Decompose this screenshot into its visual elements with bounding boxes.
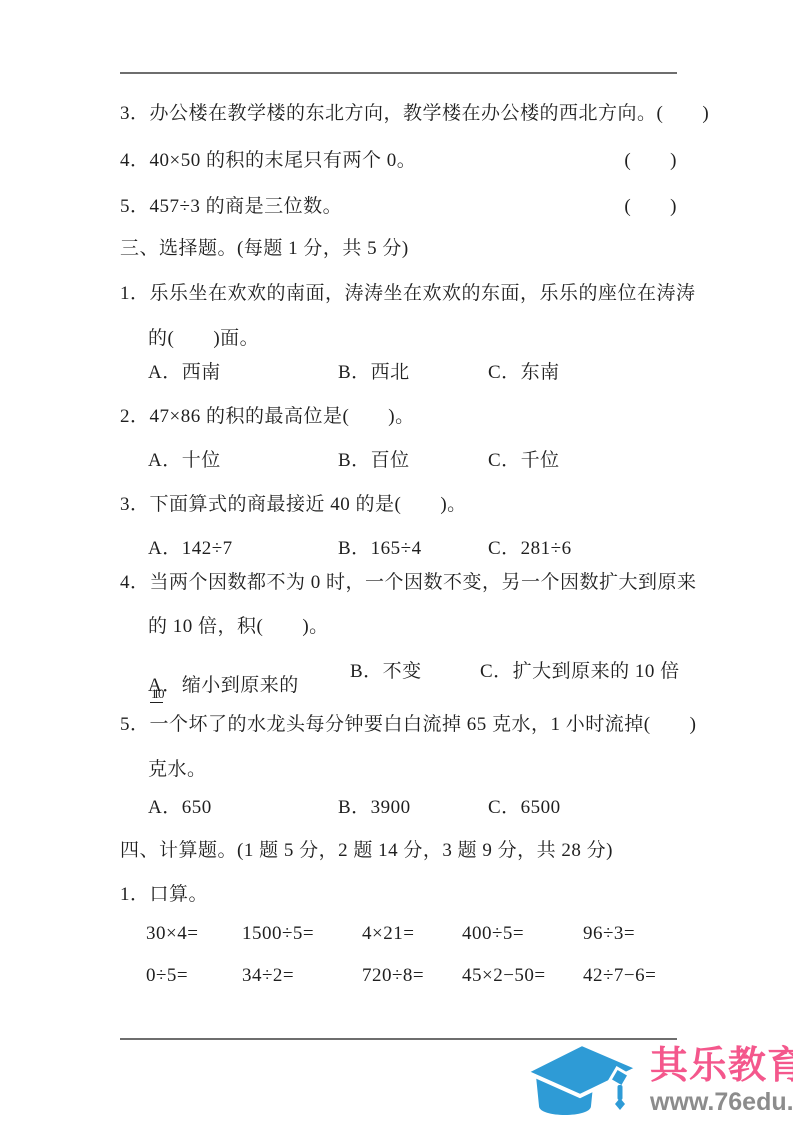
judge-item-4-blank: ( ): [624, 148, 677, 174]
judge-item-3-text: 3．办公楼在教学楼的东北方向，教学楼在办公楼的西北方向。: [120, 101, 657, 127]
fraction-denominator: 10: [150, 687, 166, 702]
calc-expr: 4×21=: [362, 921, 414, 947]
choice-q4-options: A．缩小到原来的110 B．不变 C．扩大到原来的 10 倍: [120, 645, 677, 701]
choice-q2-options: A．十位 B．百位 C．千位: [120, 448, 677, 474]
judge-item-5-text: 5．457÷3 的商是三位数。: [120, 194, 342, 220]
choice-q1-line1: 1．乐乐坐在欢欢的南面，涛涛坐在欢欢的东面，乐乐的座位在涛涛: [120, 281, 677, 307]
choice-q2-option-c: C．千位: [488, 448, 560, 474]
calc-expr: 720÷8=: [362, 963, 424, 989]
calc-expr: 30×4=: [146, 921, 198, 947]
choice-q2-option-a: A．十位: [148, 448, 221, 474]
brand-site-url: www.76edu.com: [650, 1088, 793, 1116]
brand-name: 其乐教育: [650, 1046, 793, 1086]
calc-expr: 96÷3=: [583, 921, 635, 947]
calc-expr: 0÷5=: [146, 963, 188, 989]
choice-q1-option-a: A．西南: [148, 360, 221, 386]
choice-q5-options: A．650 B．3900 C．6500: [120, 795, 677, 821]
graduation-cap-icon: [524, 1042, 644, 1122]
judge-item-3: 3．办公楼在教学楼的东北方向，教学楼在办公楼的西北方向。 ( ): [120, 101, 677, 127]
judge-item-3-blank: ( ): [657, 101, 710, 127]
choice-q4-line1: 4．当两个因数都不为 0 时，一个因数不变，另一个因数扩大到原来: [120, 570, 677, 596]
choice-q5-blank: ( ): [644, 712, 697, 738]
judge-item-5: 5．457÷3 的商是三位数。 ( ): [120, 194, 677, 220]
choice-section-title: 三、选择题。(每题 1 分，共 5 分): [120, 236, 677, 262]
choice-q5-line1-text: 5．一个坏了的水龙头每分钟要白白流掉 65 克水，1 小时流掉: [120, 712, 644, 738]
choice-q1-line2: 的( )面。: [120, 326, 705, 352]
top-rule: [120, 72, 677, 74]
calc-expr: 42÷7−6=: [583, 963, 656, 989]
choice-q5-option-b: B．3900: [338, 795, 411, 821]
choice-q5-option-c: C．6500: [488, 795, 561, 821]
site-watermark: 其乐教育 www.76edu.com: [524, 1040, 793, 1122]
calc-expr: 1500÷5=: [242, 921, 314, 947]
choice-q2-line1: 2．47×86 的积的最高位是( )。: [120, 404, 677, 430]
choice-q4-line2: 的 10 倍，积( )。: [120, 614, 705, 640]
choice-q4-option-b: B．不变: [350, 659, 422, 685]
calc-section-title: 四、计算题。(1 题 5 分，2 题 14 分，3 题 9 分，共 28 分): [120, 838, 677, 864]
choice-q5-option-a: A．650: [148, 795, 212, 821]
choice-q5-line2: 克水。: [120, 757, 705, 783]
calc-sub-title: 1．口算。: [120, 882, 677, 908]
choice-q3-option-a: A．142÷7: [148, 536, 233, 562]
choice-q4-option-c: C．扩大到原来的 10 倍: [480, 659, 680, 685]
choice-q3-line1: 3．下面算式的商最接近 40 的是( )。: [120, 492, 677, 518]
choice-q1-options: A．西南 B．西北 C．东南: [120, 360, 677, 386]
choice-q4-option-a-text: A．缩小到原来的: [148, 673, 299, 699]
judge-item-4-text: 4．40×50 的积的末尾只有两个 0。: [120, 148, 416, 174]
calc-expr: 400÷5=: [462, 921, 524, 947]
judge-item-4: 4．40×50 的积的末尾只有两个 0。 ( ): [120, 148, 677, 174]
choice-q3-option-b: B．165÷4: [338, 536, 422, 562]
choice-q3-option-c: C．281÷6: [488, 536, 572, 562]
exam-page: 3．办公楼在教学楼的东北方向，教学楼在办公楼的西北方向。 ( ) 4．40×50…: [0, 0, 793, 1122]
choice-q2-option-b: B．百位: [338, 448, 410, 474]
choice-q1-option-b: B．西北: [338, 360, 410, 386]
choice-q3-options: A．142÷7 B．165÷4 C．281÷6: [120, 536, 677, 562]
calc-expr: 45×2−50=: [462, 963, 546, 989]
calc-expr: 34÷2=: [242, 963, 294, 989]
judge-item-5-blank: ( ): [624, 194, 677, 220]
choice-q1-option-c: C．东南: [488, 360, 560, 386]
choice-q5-line1: 5．一个坏了的水龙头每分钟要白白流掉 65 克水，1 小时流掉 ( ): [120, 712, 677, 738]
